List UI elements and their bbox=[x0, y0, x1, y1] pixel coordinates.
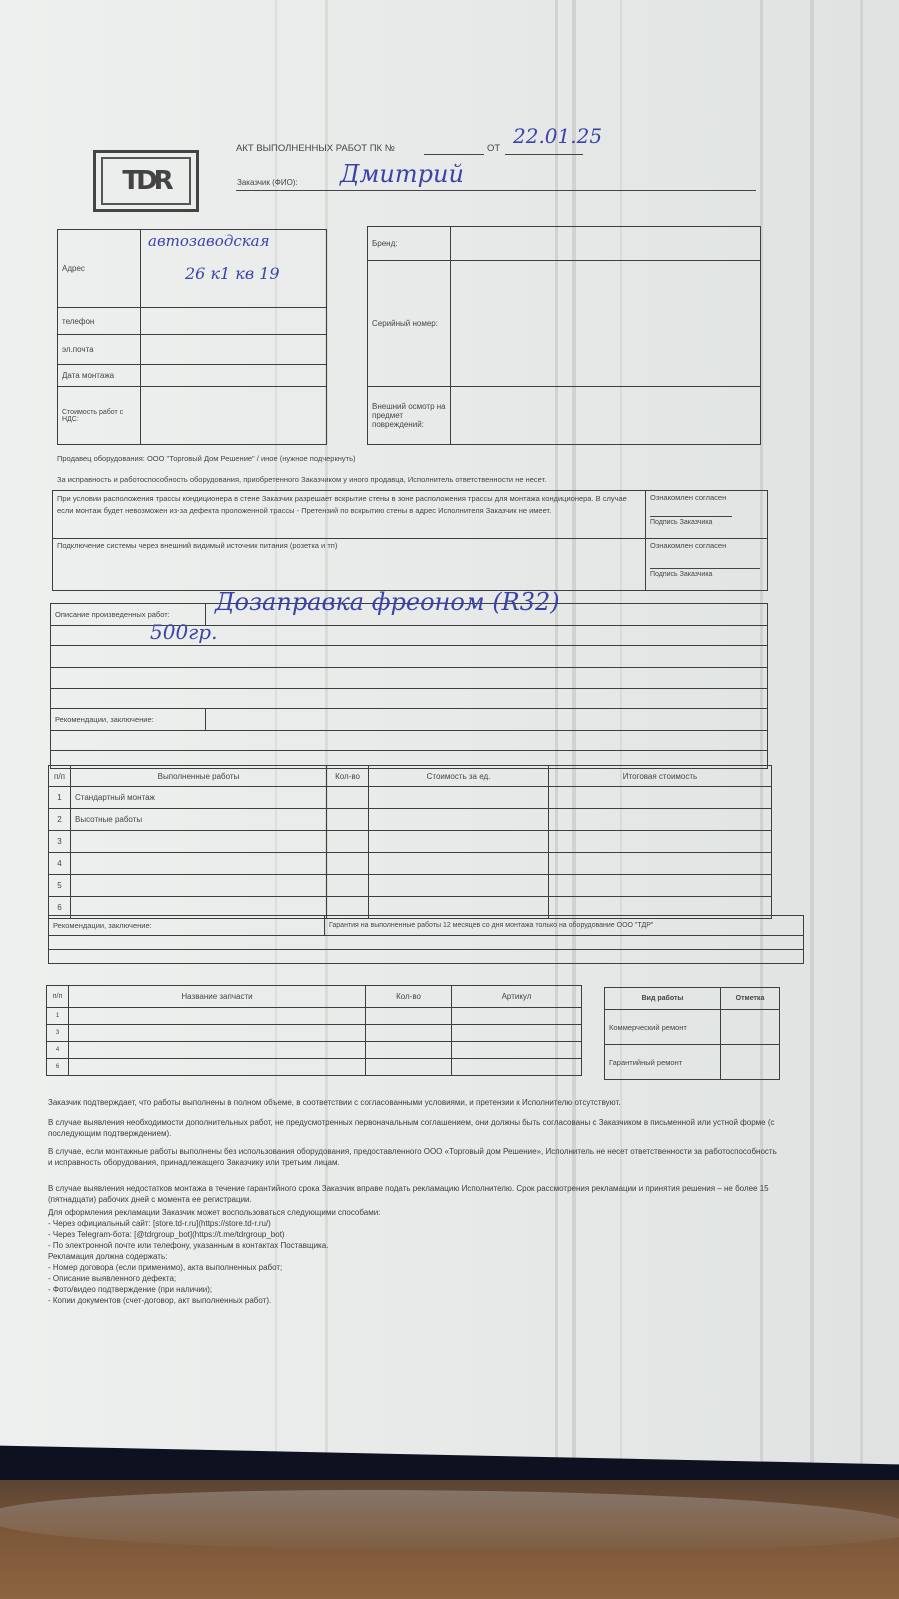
work-total[interactable] bbox=[549, 853, 772, 875]
works-handwritten-line1: Дозаправка фреоном (R32) bbox=[215, 588, 560, 616]
inspection-field[interactable] bbox=[451, 387, 761, 445]
date-handwritten[interactable]: 22.01.25 bbox=[513, 124, 602, 148]
parts-table: п/п Название запчасти Кол-во Артикул 1 3… bbox=[46, 985, 582, 1076]
works-header-number: п/п bbox=[49, 766, 71, 787]
recommend-line[interactable] bbox=[49, 936, 804, 950]
part-article[interactable] bbox=[452, 1025, 582, 1042]
liability-note: За исправность и работоспособность обору… bbox=[57, 475, 546, 484]
part-name[interactable] bbox=[69, 1025, 366, 1042]
row-number: 1 bbox=[47, 1008, 69, 1025]
row-number: 6 bbox=[47, 1059, 69, 1076]
work-name[interactable]: Высотные работы bbox=[71, 809, 327, 831]
row-number: 2 bbox=[49, 809, 71, 831]
work-qty[interactable] bbox=[327, 853, 369, 875]
agree-label: Ознакомлен согласен bbox=[650, 493, 763, 502]
agree-label: Ознакомлен согласен bbox=[650, 541, 763, 550]
row-number: 3 bbox=[49, 831, 71, 853]
install-date-field[interactable] bbox=[141, 365, 327, 387]
printer-streak bbox=[810, 0, 814, 1470]
work-qty[interactable] bbox=[327, 787, 369, 809]
install-date-label: Дата монтажа bbox=[58, 365, 141, 387]
work-total[interactable] bbox=[549, 875, 772, 897]
warranty-note: Гарантия на выполненные работы 12 месяце… bbox=[325, 916, 804, 936]
part-article[interactable] bbox=[452, 1059, 582, 1076]
work-name[interactable]: Стандартный монтаж bbox=[71, 787, 327, 809]
warranty-claim-paragraph: В случае выявления недостатков монтажа в… bbox=[48, 1183, 778, 1205]
cost-field[interactable] bbox=[141, 387, 327, 445]
inspection-label: Внешний осмотр на предмет повреждений: bbox=[368, 387, 451, 445]
act-number-line bbox=[424, 154, 484, 155]
equipment-liability-paragraph: В случае, если монтажные работы выполнен… bbox=[48, 1146, 778, 1168]
table-row: 2 Высотные работы bbox=[49, 809, 772, 831]
agreement-wall-opening-sign-cell[interactable]: Ознакомлен согласен Подпись Заказчика bbox=[646, 491, 768, 539]
serial-field[interactable] bbox=[451, 261, 761, 387]
works-description-line[interactable] bbox=[51, 689, 768, 709]
address-label: Адрес bbox=[58, 230, 141, 308]
claim-method-telegram: - Через Telegram-бота: [@tdrgroup_bot](h… bbox=[48, 1229, 778, 1240]
cost-label: Стоимость работ с НДС: bbox=[58, 387, 141, 445]
part-article[interactable] bbox=[452, 1008, 582, 1025]
printer-streak bbox=[860, 0, 863, 1470]
work-type-header: Вид работы bbox=[605, 988, 721, 1010]
work-unit-price[interactable] bbox=[369, 853, 549, 875]
agreement-power-source-sign-cell[interactable]: Ознакомлен согласен Подпись Заказчика bbox=[646, 539, 768, 591]
recommend-field[interactable] bbox=[206, 709, 768, 731]
table-row: 1 bbox=[47, 1008, 582, 1025]
work-unit-price[interactable] bbox=[369, 875, 549, 897]
brand-field[interactable] bbox=[451, 227, 761, 261]
agreement-wall-opening-text: При условии расположения трассы кондицио… bbox=[53, 491, 646, 539]
table-row: 5 bbox=[49, 875, 772, 897]
serial-label: Серийный номер: bbox=[368, 261, 451, 387]
works-description-line[interactable] bbox=[51, 668, 768, 689]
address-handwritten-line2: 26 к1 кв 19 bbox=[185, 264, 280, 283]
claim-contents-contract: - Номер договора (если применимо), акта … bbox=[48, 1262, 778, 1273]
claim-method-website: - Через официальный сайт: [store.td-r.ru… bbox=[48, 1218, 778, 1229]
commercial-repair-mark[interactable] bbox=[721, 1010, 780, 1045]
part-article[interactable] bbox=[452, 1042, 582, 1059]
email-label: эл.почта bbox=[58, 335, 141, 365]
parts-header-qty: Кол-во bbox=[366, 986, 452, 1008]
works-table: п/п Выполненные работы Кол-во Стоимость … bbox=[48, 765, 772, 919]
work-total[interactable] bbox=[549, 787, 772, 809]
additional-works-paragraph: В случае выявления необходимости дополни… bbox=[48, 1117, 778, 1139]
sign-label: Подпись Заказчика bbox=[650, 519, 763, 526]
warranty-repair-label: Гарантийный ремонт bbox=[605, 1045, 721, 1080]
warranty-table: Рекомендации, заключение: Гарантия на вы… bbox=[48, 915, 804, 964]
parts-header-name: Название запчасти bbox=[69, 986, 366, 1008]
equipment-info-table: Бренд: Серийный номер: Внешний осмотр на… bbox=[367, 226, 761, 445]
claim-methods-list: Для оформления рекламации Заказчик может… bbox=[48, 1207, 778, 1306]
work-qty[interactable] bbox=[327, 875, 369, 897]
recommend-label-2: Рекомендации, заключение: bbox=[49, 916, 325, 936]
claim-contents-intro: Рекламация должна содержать: bbox=[48, 1251, 778, 1262]
company-logo: TDR bbox=[93, 150, 199, 212]
customer-label: Заказчик (ФИО): bbox=[237, 178, 298, 187]
work-type-table: Вид работы Отметка Коммерческий ремонт Г… bbox=[604, 987, 780, 1080]
phone-field[interactable] bbox=[141, 308, 327, 335]
claim-method-email-phone: - По электронной почте или телефону, ука… bbox=[48, 1240, 778, 1251]
works-header-qty: Кол-во bbox=[327, 766, 369, 787]
logo-text: TDR bbox=[101, 157, 191, 205]
commercial-repair-label: Коммерческий ремонт bbox=[605, 1010, 721, 1045]
email-field[interactable] bbox=[141, 335, 327, 365]
table-row: 3 bbox=[49, 831, 772, 853]
warranty-repair-mark[interactable] bbox=[721, 1045, 780, 1080]
row-number: 4 bbox=[49, 853, 71, 875]
row-number: 4 bbox=[47, 1042, 69, 1059]
work-name[interactable] bbox=[71, 831, 327, 853]
work-name[interactable] bbox=[71, 853, 327, 875]
table-row: 4 bbox=[47, 1042, 582, 1059]
document-page: TDR АКТ ВЫПОЛНЕННЫХ РАБОТ ПК № ОТ 22.01.… bbox=[0, 0, 899, 1470]
part-qty[interactable] bbox=[366, 1042, 452, 1059]
mark-header: Отметка bbox=[721, 988, 780, 1010]
recommend-label: Рекомендации, заключение: bbox=[51, 709, 206, 731]
work-name[interactable] bbox=[71, 875, 327, 897]
works-header-unit-price: Стоимость за ед. bbox=[369, 766, 549, 787]
agreements-table: При условии расположения трассы кондицио… bbox=[52, 490, 768, 591]
parts-header-article: Артикул bbox=[452, 986, 582, 1008]
table-row: 1 Стандартный монтаж bbox=[49, 787, 772, 809]
work-unit-price[interactable] bbox=[369, 787, 549, 809]
row-number: 5 bbox=[49, 875, 71, 897]
works-handwritten-line2: 500гр. bbox=[150, 620, 217, 644]
phone-label: телефон bbox=[58, 308, 141, 335]
work-qty[interactable] bbox=[327, 831, 369, 853]
works-header-total: Итоговая стоимость bbox=[549, 766, 772, 787]
recommend-line[interactable] bbox=[49, 950, 804, 964]
work-unit-price[interactable] bbox=[369, 809, 549, 831]
row-number: 1 bbox=[49, 787, 71, 809]
date-prefix: ОТ bbox=[487, 143, 500, 154]
part-qty[interactable] bbox=[366, 1025, 452, 1042]
work-total[interactable] bbox=[549, 831, 772, 853]
sign-label: Подпись Заказчика bbox=[650, 571, 763, 578]
row-number: 3 bbox=[47, 1025, 69, 1042]
work-qty[interactable] bbox=[327, 809, 369, 831]
confirmation-paragraph: Заказчик подтверждает, что работы выполн… bbox=[48, 1097, 788, 1108]
act-title: АКТ ВЫПОЛНЕННЫХ РАБОТ ПК № bbox=[236, 143, 395, 154]
part-name[interactable] bbox=[69, 1059, 366, 1076]
customer-line bbox=[236, 190, 756, 191]
part-qty[interactable] bbox=[366, 1059, 452, 1076]
address-handwritten-line1: автозаводская bbox=[148, 232, 270, 250]
claim-contents-defect: - Описание выявленного дефекта; bbox=[48, 1273, 778, 1284]
claim-contents-photo: - Фото/видео подтверждение (при наличии)… bbox=[48, 1284, 778, 1295]
seller-note: Продавец оборудования: ООО "Торговый Дом… bbox=[57, 454, 356, 463]
parts-header-number: п/п bbox=[47, 986, 69, 1008]
work-total[interactable] bbox=[549, 809, 772, 831]
table-row: 3 bbox=[47, 1025, 582, 1042]
brand-label: Бренд: bbox=[368, 227, 451, 261]
part-name[interactable] bbox=[69, 1042, 366, 1059]
agreement-power-source-text: Подключение системы через внешний видимы… bbox=[53, 539, 646, 591]
claim-methods-intro: Для оформления рекламации Заказчик может… bbox=[48, 1207, 778, 1218]
date-line bbox=[505, 154, 583, 155]
work-unit-price[interactable] bbox=[369, 831, 549, 853]
part-name[interactable] bbox=[69, 1008, 366, 1025]
table-row: 4 bbox=[49, 853, 772, 875]
part-qty[interactable] bbox=[366, 1008, 452, 1025]
claim-contents-documents: - Копии документов (счет-договор, акт вы… bbox=[48, 1295, 778, 1306]
table-row: 6 bbox=[47, 1059, 582, 1076]
works-description-line[interactable] bbox=[51, 646, 768, 668]
recommend-line[interactable] bbox=[51, 731, 768, 751]
works-header-name: Выполненные работы bbox=[71, 766, 327, 787]
client-info-table: Адрес телефон эл.почта Дата монтажа Стои… bbox=[57, 229, 327, 445]
customer-name-handwritten[interactable]: Дмитрий bbox=[340, 160, 464, 188]
